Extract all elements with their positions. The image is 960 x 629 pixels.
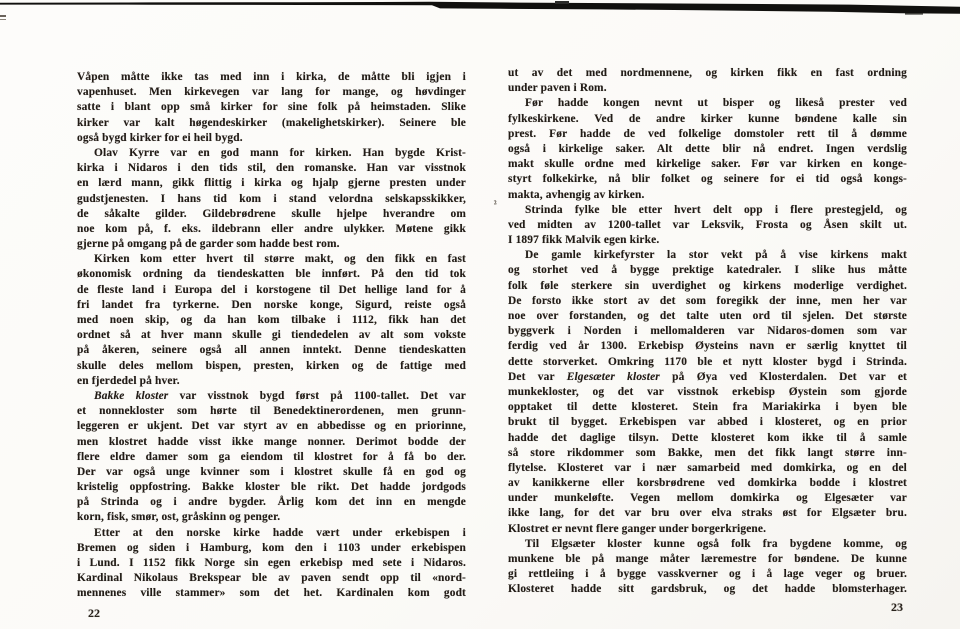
text-line: på Strinda og i andre bygder. Årlig kom … <box>77 495 466 510</box>
text-line: Strinda fylke ble etter hvert delt opp i… <box>508 203 907 218</box>
text-line: De forsto ikke stort av det som foregikk… <box>508 294 907 309</box>
text-line: byggverk i Norden i mellomalderen var Ni… <box>508 324 907 339</box>
text-line: Til Elgsæter kloster kunne også folk fra… <box>508 537 907 552</box>
book-page-left: Våpen måtte ikke tas med inn i kirka, de… <box>77 70 466 602</box>
text-line: og storhet ved å bygge prektige katedral… <box>508 263 907 278</box>
text-line: makta, avhengig av kirken. <box>508 188 907 203</box>
text-line: munkene ble på mange måter læremestre fo… <box>508 552 907 567</box>
text-line: kristelig oppfostring. Bakke kloster ble… <box>77 480 466 495</box>
text-line: med noen skip, og da han kom tilbake i 1… <box>77 313 466 328</box>
text-line: så store rikdommer som Bakke, men det fi… <box>508 446 907 461</box>
text-line: også bygd kirker for ei heil bygd. <box>77 131 466 146</box>
text-line: mennenes ville stammer» som det het. Kar… <box>77 586 466 601</box>
text-line: dette storverket. Omkring 1170 ble et ny… <box>508 355 907 370</box>
book-page-right: ut av det med nordmennene, og kirken fik… <box>508 66 907 598</box>
book-scan: { "colors": { "paper": "#fbfaf7", "ink":… <box>0 0 960 629</box>
text-line: økonomisk ordning da tiendeskatten ble i… <box>77 267 466 282</box>
text-line: under munkeløfte. Vegen mellom domkirka … <box>508 491 907 506</box>
text-line: en fjerdedel på hver. <box>77 374 466 389</box>
scan-artifact-band <box>0 0 960 20</box>
text-line: flere eldre damer som ga eiendom til klo… <box>77 450 466 465</box>
text-line: ut av det med nordmennene, og kirken fik… <box>508 66 907 81</box>
scan-noise <box>905 13 923 15</box>
text-line: vapenhuset. Men kirkevegen var lang for … <box>77 85 466 100</box>
text-line: en lærd mann, gikk flittig i kirka og hj… <box>77 176 466 191</box>
text-line: noe kom på, f. eks. ildebrann eller andr… <box>77 222 466 237</box>
text-line: flytelse. Klosteret var i nær samarbeid … <box>508 461 907 476</box>
text-line: Der var også unge kvinner som i klostret… <box>77 465 466 480</box>
text-line: ferdig ved år 1300. Erkebisp Øysteins na… <box>508 339 907 354</box>
text-line: munkekloster, og det var visstnok erkebi… <box>508 385 907 400</box>
text-line: av kanikkerne eller korsbrødrene ved dom… <box>508 476 907 491</box>
text-line: gudstjenesten. I hans tid kom i stand ve… <box>77 192 466 207</box>
text-line: hadde det daglige tilsyn. Dette klostere… <box>508 431 907 446</box>
text-line: Etter at den norske kirke hadde vært und… <box>77 526 466 541</box>
text-line: noe over forstanden, og det talte uten o… <box>508 309 907 324</box>
text-line: men klostret hadde visst ikke mange nonn… <box>77 435 466 450</box>
text-line: de fleste land i Europa del i korstogene… <box>77 283 466 298</box>
text-line: fri landet fra tyrkerne. Den norske kong… <box>77 298 466 313</box>
text-line: kirka i Nidaros i den tids stil, den rom… <box>77 161 466 176</box>
text-line: folk føle sterkere sin uverdighet og kir… <box>508 279 907 294</box>
text-line: De gamle kirkefyrster la stor vekt på å … <box>508 248 907 263</box>
text-line: kirker var kalt høgendeskirker (makeligh… <box>77 116 466 131</box>
text-line: prest. Før hadde de ved folkelige domsto… <box>508 127 907 142</box>
text-line: makt skulle ordne med kirkelige saker. F… <box>508 157 907 172</box>
text-line: Bremen og siden i Hamburg, kom den i 110… <box>77 541 466 556</box>
text-line: Klosteret hadde sitt gardsbruk, og det h… <box>508 582 907 597</box>
text-line: ikke lang, for det var bru over elva str… <box>508 506 907 521</box>
text-line: styrt folkekirke, nå blir folket og sein… <box>508 172 907 187</box>
page-number: 22 <box>88 606 100 621</box>
text-line: opptaket til dette klosteret. Stein fra … <box>508 400 907 415</box>
text-line: også i kirkelige saker. Alt dette blir n… <box>508 142 907 157</box>
text-line: Kirken kom etter hvert til større makt, … <box>77 252 466 267</box>
ink-speck <box>0 15 6 20</box>
text-line: Før hadde kongen nevnt ut bisper og like… <box>508 96 907 111</box>
text-line: de såkalte gilder. Gildebrødrene skulle … <box>77 207 466 222</box>
text-line: Våpen måtte ikke tas med inn i kirka, de… <box>77 70 466 85</box>
scan-noise <box>555 1 569 4</box>
text-line: I 1897 fikk Malvik egen kirke. <box>508 233 907 248</box>
text-line: på åkeren, seinere også all annen inntek… <box>77 343 466 358</box>
text-line: under paven i Rom. <box>508 81 907 96</box>
text-line: korn, fisk, smør, ost, gråskinn og penge… <box>77 510 466 525</box>
text-line: gi rettleiing i å bygge vasskverner og i… <box>508 567 907 582</box>
text-line: gjerne på omgang på de garder som hadde … <box>77 237 466 252</box>
text-line: brukt til bygget. Erkebispen var abbed i… <box>508 415 907 430</box>
page-number: 23 <box>891 600 903 615</box>
text-line: Det var Elgesæter kloster på Øya ved Klo… <box>508 370 907 385</box>
text-line: fylkeskirkene. Ved de andre kirker kunne… <box>508 112 907 127</box>
text-line: et nonnekloster som hørte til Benedektin… <box>77 404 466 419</box>
text-line: ordnet så at hver mann skulle gi tiended… <box>77 328 466 343</box>
text-line: satte i blant opp små kirker for sine fo… <box>77 100 466 115</box>
text-line: Klostret er nevnt flere ganger under bor… <box>508 522 907 537</box>
text-line: Olav Kyrre var en god mann for kirken. H… <box>77 146 466 161</box>
text-line: leggeren er ukjent. Det var styrt av en … <box>77 419 466 434</box>
text-line: i Lund. I 1152 fikk Norge sin egen erkeb… <box>77 556 466 571</box>
pencil-mark: ² <box>493 199 498 210</box>
text-line: ved midten av 1200-tallet var Leksvik, F… <box>508 218 907 233</box>
text-line: skulle deles mellom bispen, presten, kir… <box>77 359 466 374</box>
text-line: Bakke kloster var visstnok bygd først på… <box>77 389 466 404</box>
text-line: Kardinal Nikolaus Brekspear ble av paven… <box>77 571 466 586</box>
